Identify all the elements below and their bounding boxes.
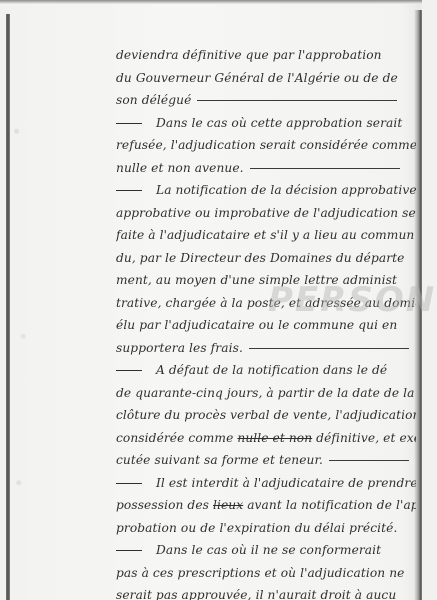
paper-speckle xyxy=(10,14,32,600)
manuscript-line: considérée comme nulle et non définitive… xyxy=(116,427,416,450)
line-text: deviendra définitive que par l'approbati… xyxy=(116,48,382,62)
manuscript-line: cutée suivant sa forme et teneur. xyxy=(116,449,416,472)
line-text: de quarante-cinq jours, à partir de la d… xyxy=(116,386,414,400)
manuscript-line: pas à ces prescriptions et où l'adjudica… xyxy=(116,562,416,585)
line-text: possession des lieux avant la notificati… xyxy=(116,498,416,512)
manuscript-line: Il est interdit à l'adjudicataire de pre… xyxy=(116,472,416,495)
line-filler-rule xyxy=(249,348,409,349)
line-text: La notification de la décision approbati… xyxy=(156,183,416,197)
handwritten-text-block: deviendra définitive que par l'approbati… xyxy=(116,44,416,600)
line-text: considérée comme nulle et non définitive… xyxy=(116,431,416,445)
manuscript-line: deviendra définitive que par l'approbati… xyxy=(116,44,416,67)
line-text: ment, au moyen d'une simple lettre admin… xyxy=(116,273,397,287)
paragraph-dash xyxy=(116,190,142,191)
line-filler-rule xyxy=(250,168,400,169)
manuscript-line: de quarante-cinq jours, à partir de la d… xyxy=(116,382,416,405)
line-text: du, par le Directeur des Domaines du dép… xyxy=(116,251,404,265)
manuscript-line: Dans le cas où il ne se conformerait xyxy=(116,539,416,562)
manuscript-line: faite à l'adjudicataire et s'il y a lieu… xyxy=(116,224,416,247)
line-filler-rule xyxy=(329,460,409,461)
manuscript-line: refusée, l'adjudication serait considéré… xyxy=(116,134,416,157)
struck-text: lieux xyxy=(213,498,243,512)
line-text: son délégué xyxy=(116,93,191,107)
manuscript-line: trative, chargée à la poste, et adressée… xyxy=(116,292,416,315)
struck-text: nulle et non xyxy=(237,431,312,445)
manuscript-page: deviendra définitive que par l'approbati… xyxy=(0,0,437,600)
paragraph-dash xyxy=(116,483,142,484)
line-text: serait pas approuvée, il n'aurait droit … xyxy=(116,588,396,600)
line-text: trative, chargée à la poste, et adressée… xyxy=(116,296,416,310)
line-text: approbative ou improbative de l'adjudica… xyxy=(116,206,416,220)
manuscript-line: clôture du procès verbal de vente, l'adj… xyxy=(116,404,416,427)
line-text: clôture du procès verbal de vente, l'adj… xyxy=(116,408,416,422)
manuscript-line: Dans le cas où cette approbation serait xyxy=(116,112,416,135)
line-text: élu par l'adjudicataire ou le commune qu… xyxy=(116,318,397,332)
line-text: pas à ces prescriptions et où l'adjudica… xyxy=(116,566,404,580)
manuscript-line: probation ou de l'expiration du délai pr… xyxy=(116,517,416,540)
line-text: probation ou de l'expiration du délai pr… xyxy=(116,521,397,535)
manuscript-line: nulle et non avenue. xyxy=(116,157,416,180)
line-text: A défaut de la notification dans le dé xyxy=(156,363,387,377)
line-text: Il est interdit à l'adjudicataire de pre… xyxy=(156,476,416,490)
line-text: refusée, l'adjudication serait considéré… xyxy=(116,138,416,152)
paragraph-dash xyxy=(116,370,142,371)
manuscript-line: élu par l'adjudicataire ou le commune qu… xyxy=(116,314,416,337)
line-filler-rule xyxy=(197,100,397,101)
manuscript-line: A défaut de la notification dans le dé xyxy=(116,359,416,382)
manuscript-line: du Gouverneur Général de l'Algérie ou de… xyxy=(116,67,416,90)
manuscript-line: supportera les frais. xyxy=(116,337,416,360)
line-text: nulle et non avenue. xyxy=(116,161,244,175)
paragraph-dash xyxy=(116,123,142,124)
line-text: supportera les frais. xyxy=(116,341,243,355)
scan-top-border xyxy=(0,0,437,4)
line-text: faite à l'adjudicataire et s'il y a lieu… xyxy=(116,228,414,242)
paragraph-dash xyxy=(116,550,142,551)
line-text: cutée suivant sa forme et teneur. xyxy=(116,453,323,467)
manuscript-line: son délégué xyxy=(116,89,416,112)
line-text: Dans le cas où cette approbation serait xyxy=(156,116,402,130)
manuscript-line: du, par le Directeur des Domaines du dép… xyxy=(116,247,416,270)
manuscript-line: ment, au moyen d'une simple lettre admin… xyxy=(116,269,416,292)
manuscript-line: approbative ou improbative de l'adjudica… xyxy=(116,202,416,225)
line-text: du Gouverneur Général de l'Algérie ou de… xyxy=(116,71,398,85)
manuscript-line: La notification de la décision approbati… xyxy=(116,179,416,202)
manuscript-line: possession des lieux avant la notificati… xyxy=(116,494,416,517)
manuscript-line: serait pas approuvée, il n'aurait droit … xyxy=(116,584,416,600)
right-page-strip xyxy=(422,0,437,600)
line-text: Dans le cas où il ne se conformerait xyxy=(156,543,381,557)
